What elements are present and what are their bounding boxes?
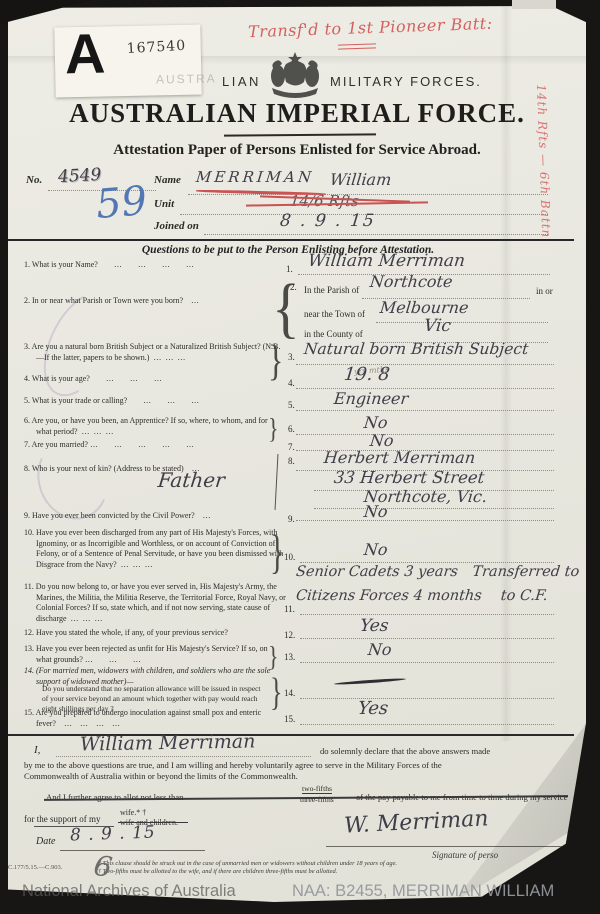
- answer-9: No: [363, 502, 389, 521]
- answer-12-line: [300, 638, 554, 639]
- town-line: [376, 322, 548, 323]
- question-13-num: 13.: [24, 644, 34, 653]
- support-option-top: wife.* †: [120, 808, 146, 817]
- county-label: in the County of: [304, 329, 363, 339]
- question-7-text: Are you married? … … … … …: [32, 440, 194, 449]
- unit-label: Unit: [154, 198, 174, 210]
- answer-7-num: 7.: [288, 442, 295, 452]
- answer-9-line: [296, 520, 554, 521]
- date-line: [60, 850, 205, 851]
- question-7: 7. Are you married? … … … … …: [24, 440, 292, 451]
- question-1-text: What is your Name? … … … …: [32, 260, 194, 269]
- question-11-text: Do you now belong to, or have you ever s…: [36, 582, 286, 623]
- question-11-num: 11.: [24, 582, 34, 591]
- question-13: 13. Have you ever been rejected as unfit…: [24, 644, 284, 665]
- questions-heading: Questions to be put to the Person Enlist…: [8, 244, 568, 256]
- answer-8-rule3: [314, 508, 554, 509]
- answer-12-num: 12.: [284, 630, 295, 640]
- question-15-num: 15.: [24, 708, 34, 717]
- transfer-annotation-underline: [338, 43, 376, 49]
- question-9: 9. Have you ever been convicted by the C…: [24, 511, 292, 522]
- watermark-reference: NAA: B2455, MERRIMAN WILLIAM: [292, 882, 554, 901]
- answer-15-line: [300, 724, 554, 725]
- answer-10-num: 10.: [284, 552, 295, 562]
- signature-value: W. Merriman: [343, 806, 489, 839]
- page-subtitle: Attestation Paper of Persons Enlisted fo…: [8, 142, 586, 159]
- question-10-text: Have you ever been discharged from any p…: [36, 528, 283, 569]
- question-11: 11. Do you now belong to, or have you ev…: [24, 582, 286, 624]
- answer-2-num: 2.: [290, 282, 297, 292]
- date-label: Date: [36, 836, 55, 847]
- question-15-text: Are you prepared to undergo inoculation …: [36, 708, 262, 728]
- declaration-name-line: [56, 756, 311, 757]
- county-value: Vic: [423, 316, 452, 336]
- question-10: 10. Have you ever been discharged from a…: [24, 528, 286, 570]
- question-6-text: Are you, or have you been, an Apprentice…: [32, 416, 268, 436]
- question-8-bracket: [275, 454, 279, 510]
- declaration-name: William Merriman: [80, 730, 256, 755]
- answer-8-num: 8.: [288, 456, 295, 466]
- question-13-text: Have you ever been rejected as unfit for…: [36, 644, 268, 664]
- answer-6-num: 6.: [288, 424, 295, 434]
- page-title: AUSTRALIAN IMPERIAL FORCE.: [8, 98, 586, 129]
- depot-number: 59: [94, 178, 149, 228]
- answer-14-dash: [334, 677, 406, 685]
- answer-15: Yes: [357, 698, 389, 719]
- town-value: Melbourne: [379, 298, 470, 317]
- question-7-num: 7.: [24, 440, 30, 449]
- date-value: 8 . 9 . 15: [70, 823, 156, 846]
- question-6-num: 6.: [24, 416, 30, 425]
- answer-12: Yes: [359, 616, 390, 636]
- declaration-line2: by me to the above questions are true, a…: [24, 760, 580, 770]
- answer-15-num: 15.: [284, 714, 295, 724]
- next-of-kin-relation: Father: [157, 468, 226, 492]
- attestation-paper-page: Transf'd to 1st Pioneer Batt: A 167540 A…: [8, 6, 586, 902]
- question-2-num: 2.: [24, 296, 30, 305]
- answer-3-num: 3.: [288, 352, 295, 362]
- scanned-attestation-document: { "colors": { "paper": "#e9e8e0", "ink":…: [0, 0, 600, 914]
- name-given: William: [329, 170, 392, 189]
- question-2: 2. In or near what Parish or Town were y…: [24, 296, 292, 307]
- parish-value: Northcote: [369, 272, 454, 291]
- archive-label: A 167540: [54, 24, 201, 97]
- question-4-text: What is your age? … … …: [32, 374, 162, 383]
- answer-5: Engineer: [333, 389, 409, 408]
- question-4-num: 4.: [24, 374, 30, 383]
- scan-white-tab: [512, 0, 556, 9]
- answer-11-line1: Senior Cadets 3 years Transferred to: [295, 564, 580, 580]
- answer-6-line: [296, 434, 554, 435]
- question-12-text: Have you stated the whole, if any, of yo…: [36, 628, 228, 637]
- answer-5-line: [296, 410, 554, 411]
- answer-3-line: [296, 364, 554, 365]
- question-10-brace: }: [270, 526, 284, 580]
- question-12: 12. Have you stated the whole, if any, o…: [24, 628, 292, 639]
- question-5-text: What is your trade or calling? … … …: [32, 396, 199, 405]
- parish-label: In the Parish of: [304, 285, 359, 295]
- answer-13-line: [300, 662, 554, 663]
- answer-14-num: 14.: [284, 688, 295, 698]
- answer-11-line: [300, 614, 554, 615]
- joined-value: 8 . 9 . 15: [279, 211, 377, 231]
- unit-value: 14/6 Rfts: [289, 192, 360, 210]
- question-9-num: 9.: [24, 511, 30, 520]
- question-14-num: 14.: [24, 666, 34, 675]
- question-6: 6. Are you, or have you been, an Apprent…: [24, 416, 284, 437]
- title-underline: [224, 133, 376, 136]
- question-15: 15. Are you prepared to undergo inoculat…: [24, 708, 284, 729]
- answer-13-num: 13.: [284, 652, 295, 662]
- archive-label-letter: A: [64, 20, 106, 86]
- pencil-page-number: 6: [91, 849, 114, 885]
- australian-coat-of-arms-icon: [266, 50, 324, 100]
- question-10-num: 10.: [24, 528, 34, 537]
- joined-label: Joined on: [154, 220, 199, 232]
- no-label: No.: [26, 174, 42, 186]
- joined-line: [204, 234, 548, 235]
- answer-11-line2: Citizens Forces 4 months to C.F.: [295, 588, 548, 604]
- question-12-num: 12.: [24, 628, 34, 637]
- section-rule: [8, 239, 574, 241]
- answer-8-line1: Herbert Merriman: [323, 448, 476, 467]
- question-2-text: In or near what Parish or Town were you …: [32, 296, 199, 305]
- answer-5-num: 5.: [288, 400, 295, 410]
- question-8-num: 8.: [24, 464, 30, 473]
- watermark-archive-name: National Archives of Australia: [22, 882, 236, 901]
- question-4: 4. What is your age? … … …: [24, 374, 292, 385]
- question-8: 8. Who is your next of kin? (Address to …: [24, 464, 276, 475]
- question-3-num: 3.: [24, 342, 30, 351]
- answer-9-num: 9.: [288, 514, 295, 524]
- answer-8-line2: 33 Herbert Street: [333, 468, 485, 487]
- print-code: C.177/5.15.—C.903.: [8, 864, 62, 871]
- answer-1: William Merriman: [307, 251, 466, 271]
- answer-14-line: [300, 698, 554, 699]
- question-14-text: (For married men, widowers with children…: [36, 666, 270, 686]
- town-label: near the Town of: [304, 309, 365, 319]
- declaration-i-label: I,: [34, 744, 40, 756]
- question-3: 3. Are you a natural born British Subjec…: [24, 342, 284, 363]
- military-forces-left: LIAN: [222, 74, 261, 89]
- answer-11-num: 11.: [284, 604, 295, 614]
- answer-6: No: [363, 413, 389, 432]
- support-prefix: for the support of my: [24, 814, 101, 824]
- answer-10: No: [363, 540, 389, 559]
- military-forces-right: MILITARY FORCES.: [330, 74, 482, 89]
- question-5: 5. What is your trade or calling? … … …: [24, 396, 292, 407]
- answer-13: No: [367, 640, 393, 659]
- question-1-num: 1.: [24, 260, 30, 269]
- answer-10-line: [300, 562, 554, 563]
- question-3-text: Are you a natural born British Subject o…: [32, 342, 281, 362]
- allotment-fraction-top: two-fifths: [302, 784, 332, 794]
- archive-label-number: 167540: [126, 38, 186, 57]
- parish-suffix: in or: [536, 286, 553, 296]
- answer-3: Natural born British Subject: [303, 340, 529, 358]
- answer-4-num: 4.: [288, 378, 295, 388]
- answer-4: 19. 8: [343, 364, 391, 385]
- name-label: Name: [154, 174, 181, 186]
- declaration-line3: Commonwealth of Australia within or beyo…: [24, 771, 580, 781]
- name-surname: MERRIMAN: [195, 168, 315, 186]
- answer-2-brace: {: [272, 269, 300, 346]
- question-5-num: 5.: [24, 396, 30, 405]
- ghost-stamp-text: AUSTRA: [156, 71, 217, 86]
- name-line: [188, 194, 548, 195]
- transfer-annotation: Transf'd to 1st Pioneer Batt:: [248, 14, 493, 42]
- question-9-text: Have you ever been convicted by the Civi…: [32, 511, 211, 520]
- declaration-rest1: do solemnly declare that the above answe…: [320, 746, 490, 756]
- question-1: 1. What is your Name? … … … …: [24, 260, 292, 271]
